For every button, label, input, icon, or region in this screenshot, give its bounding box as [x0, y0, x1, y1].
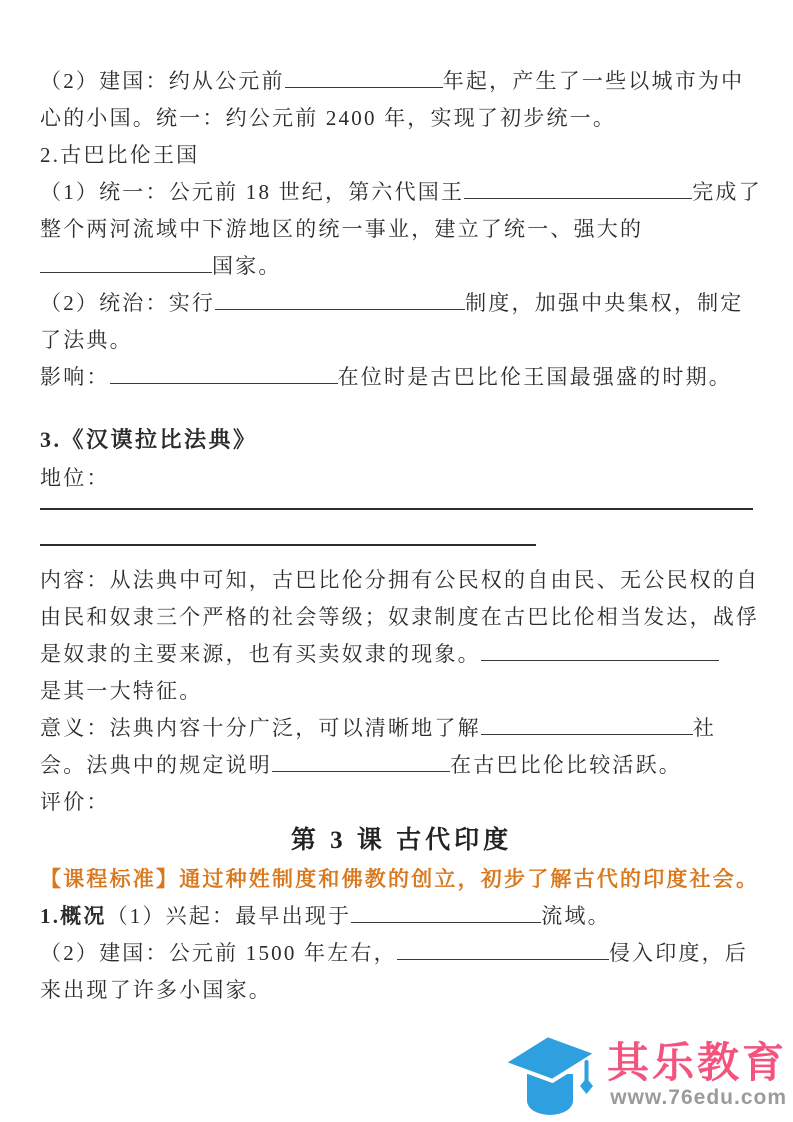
- blank-field[interactable]: [285, 68, 443, 88]
- text-segment: 侵入印度，后: [609, 941, 748, 965]
- text-line-content-4: 是其一大特征。: [40, 673, 763, 710]
- lesson-title: 第 3 课 古代印度: [40, 821, 763, 861]
- text-line-rule: （2）统治：实行制度，加强中央集权，制定: [40, 285, 763, 322]
- blank-field[interactable]: [397, 940, 609, 960]
- graduation-cap-icon: [497, 1030, 603, 1120]
- text-line-evaluation-label: 评价：: [40, 784, 763, 821]
- text-segment: 影响：: [40, 365, 110, 389]
- text-line-content-1: 内容：从法典中可知，古巴比伦分拥有公民权的自由民、无公民权的自: [40, 562, 763, 599]
- text-segment: 制度，加强中央集权，制定: [465, 291, 743, 315]
- text-line-rivers: 整个两河流域中下游地区的统一事业，建立了统一、强大的: [40, 211, 763, 248]
- text-line-founding: （2）建国：约从公元前年起，产生了一些以城市为中: [40, 63, 763, 100]
- text-segment: 会。法典中的规定说明: [40, 753, 272, 777]
- text-segment: 流域。: [541, 904, 611, 928]
- text-segment: 完成了: [692, 180, 762, 204]
- text-segment: 国家。: [212, 254, 282, 278]
- blank-field[interactable]: [351, 903, 541, 923]
- text-segment: 在古巴比伦比较活跃。: [450, 753, 682, 777]
- document-page: （2）建国：约从公元前年起，产生了一些以城市为中 心的小国。统一：约公元前 24…: [0, 0, 793, 1122]
- text-line-content-3: 是奴隶的主要来源，也有买卖奴隶的现象。: [40, 636, 763, 673]
- text-line-overview: 1.概况（1）兴起：最早出现于流域。: [40, 898, 763, 935]
- document-content: （2）建国：约从公元前年起，产生了一些以城市为中 心的小国。统一：约公元前 24…: [40, 63, 763, 1009]
- text-line-small-states: 来出现了许多小国家。: [40, 972, 763, 1009]
- blank-field[interactable]: [215, 290, 465, 310]
- text-segment: （2）建国：约从公元前: [40, 69, 285, 93]
- text-line-code: 了法典。: [40, 322, 763, 359]
- text-line-india-founding: （2）建国：公元前 1500 年左右，侵入印度，后: [40, 935, 763, 972]
- text-line-influence: 影响：在位时是古巴比伦王国最强盛的时期。: [40, 359, 763, 396]
- answer-line-partial[interactable]: [40, 544, 536, 546]
- brand-text-block: 其乐教育 www.76edu.com: [607, 1040, 787, 1110]
- text-line-meaning-2: 会。法典中的规定说明在古巴比伦比较活跃。: [40, 747, 763, 784]
- blank-field[interactable]: [481, 641, 719, 661]
- text-line-state: 国家。: [40, 248, 763, 285]
- blank-field[interactable]: [40, 253, 212, 273]
- text-line-babylon-kingdom: 2.古巴比伦王国: [40, 137, 763, 174]
- text-line-unification: 心的小国。统一：约公元前 2400 年，实现了初步统一。: [40, 100, 763, 137]
- answer-line-full[interactable]: [40, 508, 753, 510]
- brand-website: www.76edu.com: [610, 1086, 787, 1110]
- blank-field[interactable]: [272, 752, 450, 772]
- text-segment: 在位时是古巴比伦王国最强盛的时期。: [338, 365, 732, 389]
- text-segment: 年起，产生了一些以城市为中: [443, 69, 745, 93]
- text-segment: （1）兴起：最早出现于: [107, 904, 352, 928]
- blank-field[interactable]: [110, 364, 338, 384]
- text-segment: 是奴隶的主要来源，也有买卖奴隶的现象。: [40, 642, 481, 666]
- blank-field[interactable]: [481, 715, 693, 735]
- text-segment: （2）建国：公元前 1500 年左右，: [40, 941, 397, 965]
- brand-logo: 其乐教育 www.76edu.com: [497, 1030, 787, 1120]
- text-segment: 意义：法典内容十分广泛，可以清晰地了解: [40, 716, 481, 740]
- text-segment: （1）统一：公元前 18 世纪，第六代国王: [40, 180, 464, 204]
- brand-name: 其乐教育: [607, 1040, 787, 1086]
- course-standard: 【课程标准】通过种姓制度和佛教的创立，初步了解古代的印度社会。: [40, 861, 763, 898]
- text-segment-bold: 1.概况: [40, 904, 107, 928]
- text-line-meaning-1: 意义：法典内容十分广泛，可以清晰地了解社: [40, 710, 763, 747]
- text-segment: （2）统治：实行: [40, 291, 215, 315]
- text-line-status-label: 地位：: [40, 460, 763, 497]
- section-heading-hammurabi: 3.《汉谟拉比法典》: [40, 420, 763, 460]
- text-line-content-2: 由民和奴隶三个严格的社会等级；奴隶制度在古巴比伦相当发达，战俘: [40, 599, 763, 636]
- blank-field[interactable]: [464, 179, 692, 199]
- text-segment: 社: [693, 716, 716, 740]
- text-line-king: （1）统一：公元前 18 世纪，第六代国王完成了: [40, 174, 763, 211]
